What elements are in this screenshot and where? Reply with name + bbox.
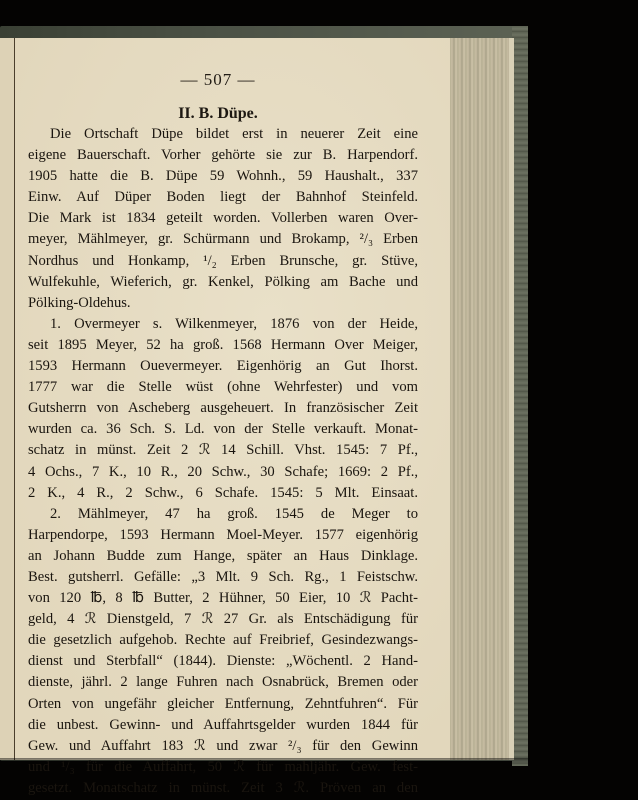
text-line: eigene Bauerschaft. Vorher gehörte sie z…: [28, 145, 418, 166]
text-line: Pölking-Oldehus.: [28, 293, 418, 314]
text-line: Nordhus und Honkamp, ¹/₂ Erben Brunsche,…: [28, 251, 418, 272]
book-cover-edge: [512, 26, 528, 766]
text-line: an Johann Budde zum Hange, später an Hau…: [28, 546, 418, 567]
text-line: Best. gutsherrl. Gefälle: „3 Mlt. 9 Sch.…: [28, 567, 418, 588]
text-line: von 120 ℔, 8 ℔ Butter, 2 Hühner, 50 Eier…: [28, 588, 418, 609]
text-line: schatz in münst. Zeit 2 ℛ 14 Schill. Vhs…: [28, 440, 418, 461]
section-heading: II. B. Düpe.: [28, 105, 408, 123]
text-line: dienste, jährl. 2 lange Fuhren nach Osna…: [28, 672, 418, 693]
page-bottom-shadow: [0, 758, 530, 764]
text-line: Gew. und Auffahrt 183 ℛ und zwar ²/₃ für…: [28, 736, 418, 757]
body-text: Die Ortschaft Düpe bildet erst in neuere…: [28, 124, 418, 799]
text-line: meyer, Mählmeyer, gr. Schürmann und Brok…: [28, 229, 418, 250]
page-fore-edge: [450, 38, 510, 760]
text-line: 2 K., 4 R., 2 Schw., 6 Schafe. 1545: 5 M…: [28, 483, 418, 504]
page-number: — 507 —: [28, 70, 408, 90]
text-line: Die Mark ist 1834 geteilt worden. Voller…: [28, 208, 418, 229]
text-line: 2. Mählmeyer, 47 ha groß. 1545 de Meger …: [28, 504, 418, 525]
text-line: 1593 Hermann Ouevermeyer. Eigenhörig an …: [28, 356, 418, 377]
text-line: 4 Ochs., 7 K., 10 R., 20 Schw., 30 Schaf…: [28, 462, 418, 483]
text-line: Harpendorpe, 1593 Hermann Moel-Meyer. 15…: [28, 525, 418, 546]
gutter-previous-page: [0, 38, 15, 760]
text-line: Wulfekuhle, Wieferich, gr. Kenkel, Pölki…: [28, 272, 418, 293]
text-line: gesetzt. Monatschatz in münst. Zeit 3 ℛ.…: [28, 778, 418, 799]
text-line: 1. Overmeyer s. Wilkenmeyer, 1876 von de…: [28, 314, 418, 335]
scanned-book-scene: — 507 — II. B. Düpe. Die Ortschaft Düpe …: [0, 0, 638, 800]
text-line: 1777 war die Stelle wüst (ohne Wehrfeste…: [28, 377, 418, 398]
text-line: 1905 hatte die B. Düpe 59 Wohnh., 59 Hau…: [28, 166, 418, 187]
text-line: Gutsherrn von Ascheberg ausgeheuert. In …: [28, 398, 418, 419]
text-line: Einw. Auf Düper Boden liegt der Bahnhof …: [28, 187, 418, 208]
text-line: die gesetzlich aufgehob. Rechte auf Frei…: [28, 630, 418, 651]
text-line: seit 1895 Meyer, 52 ha groß. 1568 Herman…: [28, 335, 418, 356]
text-line: geld, 4 ℛ Dienstgeld, 7 ℛ 27 Gr. als Ent…: [28, 609, 418, 630]
text-line: Die Ortschaft Düpe bildet erst in neuere…: [28, 124, 418, 145]
text-line: wurden ca. 36 Sch. S. Ld. von der Stelle…: [28, 419, 418, 440]
text-line: die unbest. Gewinn- und Auffahrtsgelder …: [28, 715, 418, 736]
text-line: dienst und Sterbfall“ (1844). Dienste: „…: [28, 651, 418, 672]
text-line: Orten von ungefähr gleicher Entfernung, …: [28, 694, 418, 715]
